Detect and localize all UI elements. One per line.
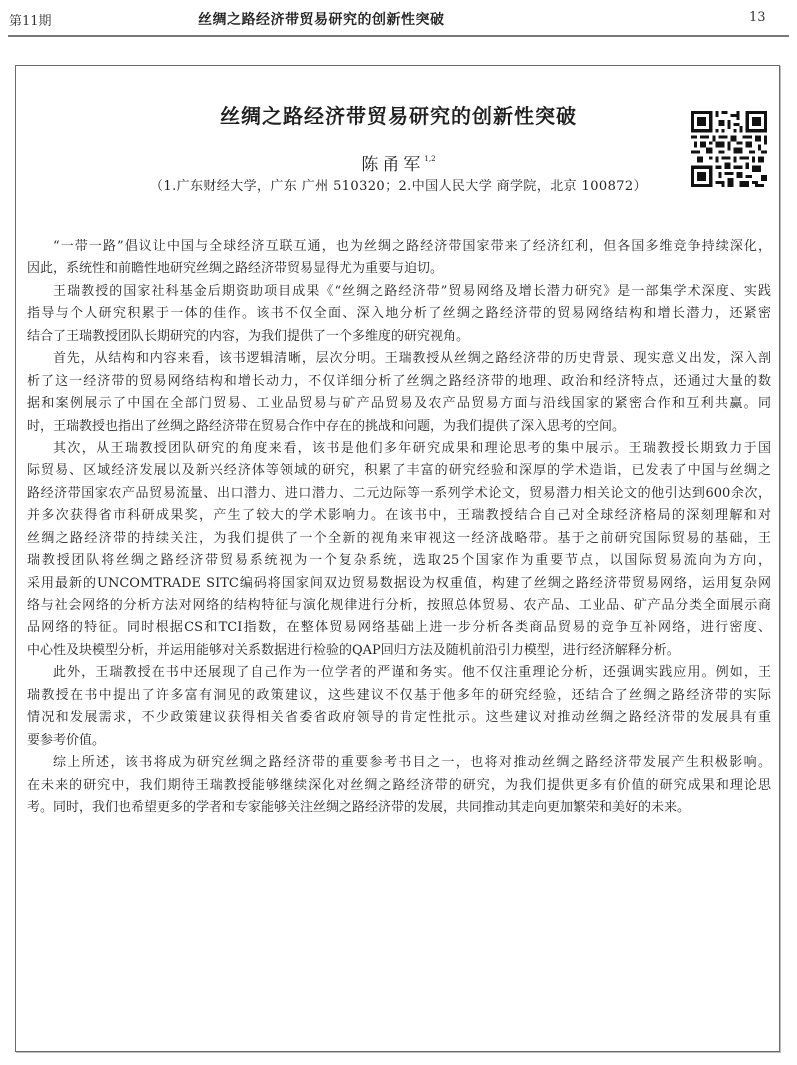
text-line: 瑞教授在书中提出了许多富有洞见的政策建议，这些建议不仅基于他多年的研究经验，还结… <box>27 685 771 707</box>
text-line: 考。同时，我们也希望更多的学者和专家能够关注丝绸之路经济带的发展，共同推动其走向… <box>27 797 771 819</box>
page-number: 13 <box>749 10 766 25</box>
text-line: 中心性及块模型分析，并运用能够对关系数据进行检验的QAP回归方法及随机前沿引力模… <box>27 640 771 662</box>
author-line: 陈甬军1,2 <box>0 150 797 175</box>
text-line: 要参考价值。 <box>27 730 771 752</box>
text-line: 丝绸之路经济带的持续关注，为我们提供了一个全新的视角来审视这一经济战略带。基于之… <box>27 528 771 550</box>
text-line: 瑞教授团队将丝绸之路经济带贸易系统视为一个复杂系统，选取25个国家作为重要节点，… <box>27 550 771 572</box>
text-line: 情况和发展需求，不少政策建议获得相关省委省政府领导的肯定性批示。这些建议对推动丝… <box>27 707 771 729</box>
article-title: 丝绸之路经济带贸易研究的创新性突破 <box>0 100 797 129</box>
text-line: 品网络的特征。同时根据CS和TCI指数，在整体贸易网络基础上进一步分析各类商品贸… <box>27 617 771 639</box>
text-line: 在未来的研究中，我们期待王瑞教授能够继续深化对丝绸之路经济带的研究，为我们提供更… <box>27 775 771 797</box>
text-line: 并多次获得省市科研成果奖，产生了较大的学术影响力。在该书中，王瑞教授结合自己对全… <box>27 505 771 527</box>
qr-code-icon <box>691 111 767 187</box>
text-line: 首先，从结构和内容来看，该书逻辑清晰，层次分明。王瑞教授从丝绸之路经济带的历史背… <box>27 348 771 370</box>
affiliation: （1.广东财经大学，广东 广州 510320；2.中国人民大学 商学院，北京 1… <box>0 175 797 194</box>
running-head: 第11期 丝绸之路经济带贸易研究的创新性突破 13 <box>0 0 797 38</box>
author-affiliation-marker: 1,2 <box>424 155 435 163</box>
text-line: 据和案例展示了中国在全部门贸易、工业品贸易与矿产品贸易及农产品贸易方面与沿线国家… <box>27 393 771 415</box>
text-line: 析了这一经济带的贸易网络结构和增长动力，不仅详细分析了丝绸之路经济带的地理、政治… <box>27 371 771 393</box>
article-body: “一带一路”倡议让中国与全球经济互联互通，也为丝绸之路经济带国家带来了经济红利，… <box>27 236 771 819</box>
text-line: “一带一路”倡议让中国与全球经济互联互通，也为丝绸之路经济带国家带来了经济红利，… <box>27 236 771 258</box>
text-line: 时，王瑞教授也指出了丝绸之路经济带在贸易合作中存在的挑战和问题，为我们提供了深入… <box>27 416 771 438</box>
text-line: 采用最新的UNCOMTRADE SITC编码将国家间双边贸易数据设为权重值，构建… <box>27 573 771 595</box>
paragraph: 王瑞教授的国家社科基金后期资助项目成果《“丝绸之路经济带”贸易网络及增长潜力研究… <box>27 281 771 348</box>
paragraph: 其次，从王瑞教授团队研究的角度来看，该书是他们多年研究成果和理论思考的集中展示。… <box>27 438 771 662</box>
text-line: 结合了王瑞教授团队长期研究的内容，为我们提供了一个多维度的研究视角。 <box>27 326 771 348</box>
text-line: 王瑞教授的国家社科基金后期资助项目成果《“丝绸之路经济带”贸易网络及增长潜力研究… <box>27 281 771 303</box>
text-line: 络与社会网络的分析方法对网络的结构特征与演化规律进行分析，按照总体贸易、农产品、… <box>27 595 771 617</box>
paragraph: 综上所述，该书将成为研究丝绸之路经济带的重要参考书目之一，也将对推动丝绸之路经济… <box>27 752 771 819</box>
text-line: 路经济带国家农产品贸易流量、出口潜力、进口潜力、二元边际等一系列学术论文，贸易潜… <box>27 483 771 505</box>
paragraph: “一带一路”倡议让中国与全球经济互联互通，也为丝绸之路经济带国家带来了经济红利，… <box>27 236 771 281</box>
running-title: 丝绸之路经济带贸易研究的创新性突破 <box>198 9 445 29</box>
author-name: 陈甬军 <box>361 155 424 175</box>
paragraph: 此外，王瑞教授在书中还展现了自己作为一位学者的严谨和务实。他不仅注重理论分析，还… <box>27 662 771 752</box>
text-line: 际贸易、区域经济发展以及新兴经济体等领域的研究，积累了丰富的研究经验和深厚的学术… <box>27 460 771 482</box>
text-line: 此外，王瑞教授在书中还展现了自己作为一位学者的严谨和务实。他不仅注重理论分析，还… <box>27 662 771 684</box>
text-line: 其次，从王瑞教授团队研究的角度来看，该书是他们多年研究成果和理论思考的集中展示。… <box>27 438 771 460</box>
header-rule <box>8 35 789 37</box>
text-line: 综上所述，该书将成为研究丝绸之路经济带的重要参考书目之一，也将对推动丝绸之路经济… <box>27 752 771 774</box>
text-line: 指导与个人研究积累于一体的佳作。该书不仅全面、深入地分析了丝绸之路经济带的贸易网… <box>27 303 771 325</box>
paragraph: 首先，从结构和内容来看，该书逻辑清晰，层次分明。王瑞教授从丝绸之路经济带的历史背… <box>27 348 771 438</box>
text-line: 因此，系统性和前瞻性地研究丝绸之路经济带贸易显得尤为重要与迫切。 <box>27 258 771 280</box>
issue-number: 第11期 <box>9 10 52 29</box>
